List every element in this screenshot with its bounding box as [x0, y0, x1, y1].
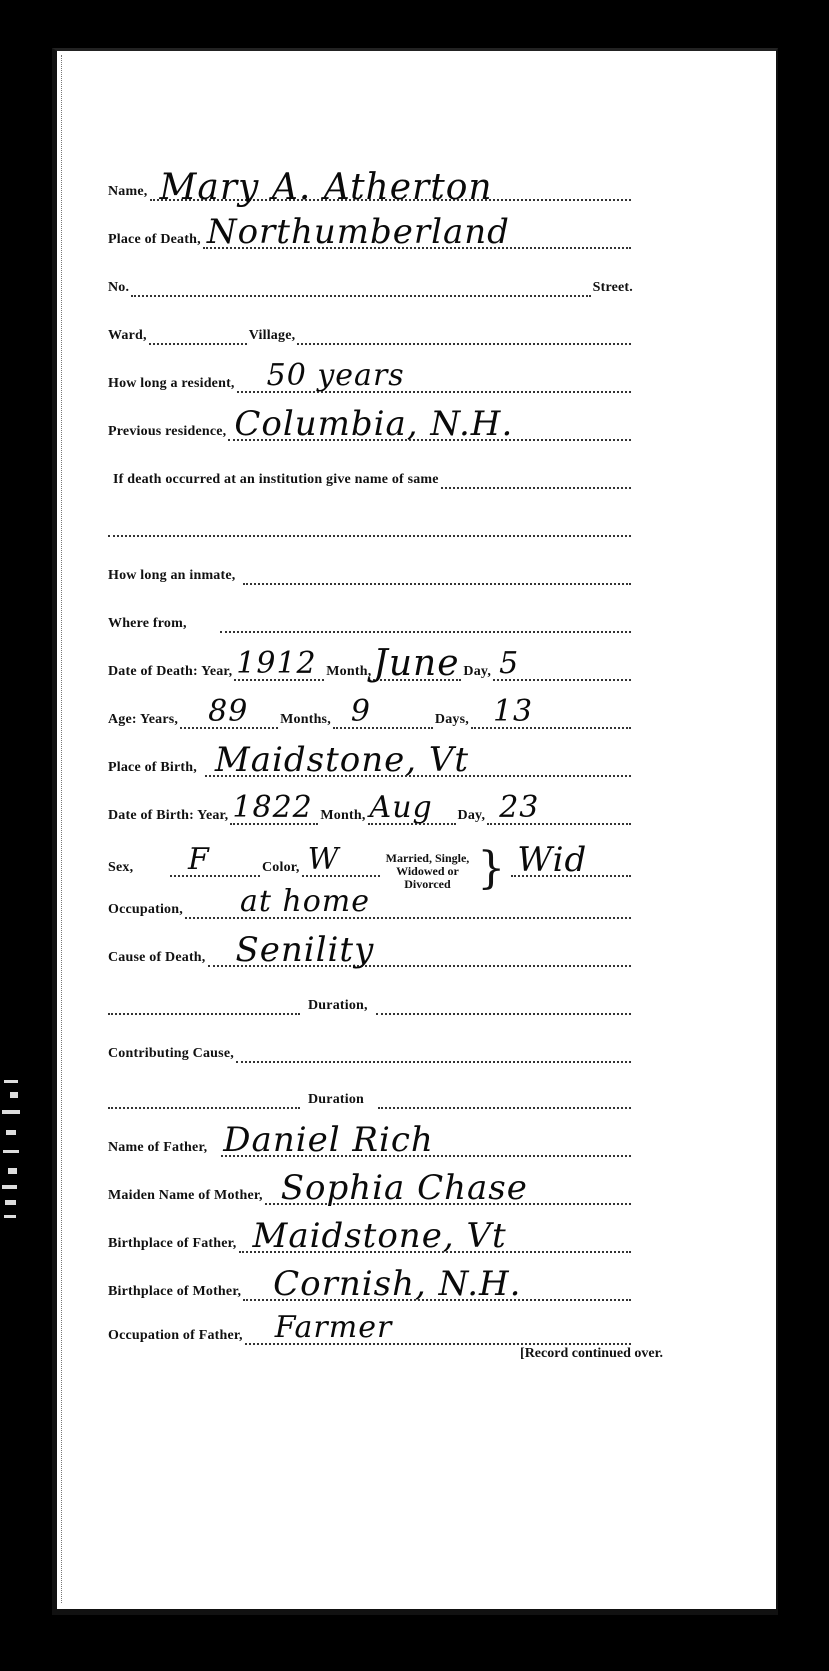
where-from-label: Where from,: [108, 616, 218, 633]
row-previous-residence: Previous residence, Columbia, N.H.: [108, 411, 633, 441]
contributing-cause-label: Contributing Cause,: [108, 1046, 234, 1063]
previous-residence-value: Columbia, N.H.: [234, 407, 513, 441]
row-cause-of-death: Cause of Death, Senility: [108, 937, 633, 967]
age-months-label: Months,: [280, 712, 331, 729]
row-number-street: No. Street.: [108, 267, 633, 297]
place-of-death-label: Place of Death,: [108, 232, 201, 249]
cause-duration-label: Duration,: [308, 998, 368, 1015]
birth-month-value: Aug: [370, 791, 433, 825]
marital-status-value: Wid: [517, 843, 587, 877]
contributing-duration-label: Duration: [308, 1092, 364, 1109]
row-birthplace-of-father: Birthplace of Father, Maidstone, Vt: [108, 1223, 633, 1253]
previous-residence-field: Columbia, N.H.: [228, 409, 631, 441]
row-sex-color-marital: Sex, F Color, W Married, Single, Widowed…: [108, 841, 633, 877]
row-where-from: Where from,: [108, 603, 633, 633]
occupation-of-father-field: Farmer: [245, 1313, 631, 1345]
birth-year-field: 1822: [230, 793, 318, 825]
date-of-death-year-label: Date of Death: Year,: [108, 664, 232, 681]
row-cause-duration: Duration,: [108, 985, 633, 1015]
death-month-field: June: [373, 649, 461, 681]
age-months-field: 9: [333, 697, 433, 729]
maiden-name-of-mother-field: Sophia Chase: [265, 1173, 631, 1205]
marital-status-label: Married, Single, Widowed or Divorced: [386, 852, 470, 891]
cause-of-death-field: Senility: [208, 935, 632, 967]
row-institution-continued: [108, 507, 633, 537]
row-institution: If death occurred at an institution give…: [113, 459, 633, 489]
scan-noise-left: [0, 0, 60, 1671]
death-year-field: 1912: [234, 649, 324, 681]
age-days-label: Days,: [435, 712, 469, 729]
how-long-resident-field: 50 years: [237, 361, 631, 393]
death-month-label: Month,: [326, 664, 371, 681]
age-years-label: Age: Years,: [108, 712, 178, 729]
row-date-of-birth: Date of Birth: Year, 1822 Month, Aug Day…: [108, 795, 633, 825]
death-year-value: 1912: [236, 647, 316, 681]
birth-day-value: 23: [499, 791, 539, 825]
birth-day-field: 23: [487, 793, 631, 825]
color-field: W: [302, 845, 380, 877]
how-long-inmate-field: [243, 553, 631, 585]
maiden-name-of-mother-value: Sophia Chase: [281, 1171, 528, 1205]
number-street-field: [131, 265, 590, 297]
how-long-resident-label: How long a resident,: [108, 376, 235, 393]
place-of-birth-value: Maidstone, Vt: [215, 743, 469, 777]
row-ward-village: Ward, Village,: [108, 315, 633, 345]
occupation-label: Occupation,: [108, 902, 183, 919]
institution-label: If death occurred at an institution give…: [113, 472, 439, 489]
place-of-death-value: Northumberland: [207, 215, 510, 249]
death-day-field: 5: [493, 649, 631, 681]
contributing-duration-field: [378, 1077, 631, 1109]
number-label: No.: [108, 280, 129, 297]
name-label: Name,: [108, 184, 148, 201]
birthplace-of-father-field: Maidstone, Vt: [239, 1221, 632, 1253]
occupation-field: at home: [185, 887, 631, 919]
row-place-of-death: Place of Death, Northumberland: [108, 219, 633, 249]
age-years-field: 89: [180, 697, 278, 729]
village-field: [297, 313, 631, 345]
birthplace-of-father-value: Maidstone, Vt: [253, 1219, 507, 1253]
occupation-of-father-label: Occupation of Father,: [108, 1328, 243, 1345]
name-value: Mary A. Atherton: [160, 171, 493, 205]
ward-field: [149, 313, 247, 345]
institution-field-line-2: [108, 505, 631, 537]
birth-month-field: Aug: [368, 793, 456, 825]
row-maiden-name-of-mother: Maiden Name of Mother, Sophia Chase: [108, 1175, 633, 1205]
row-how-long-inmate: How long an inmate,: [108, 555, 633, 585]
row-name-of-father: Name of Father, Daniel Rich: [108, 1127, 633, 1157]
how-long-inmate-label: How long an inmate,: [108, 568, 235, 585]
contributing-duration-leader: [108, 1077, 300, 1109]
birthplace-of-mother-label: Birthplace of Mother,: [108, 1284, 241, 1301]
death-day-value: 5: [499, 647, 519, 681]
occupation-value: at home: [240, 885, 370, 919]
birthplace-of-mother-value: Cornish, N.H.: [273, 1267, 521, 1301]
previous-residence-label: Previous residence,: [108, 424, 226, 441]
row-name: Name, Mary A. Atherton: [108, 171, 633, 201]
marital-status-field: Wid: [511, 845, 631, 877]
name-of-father-label: Name of Father,: [108, 1140, 207, 1157]
village-label: Village,: [249, 328, 296, 345]
how-long-resident-value: 50 years: [267, 359, 405, 393]
row-contributing-duration: Duration: [108, 1079, 633, 1109]
row-place-of-birth: Place of Birth, Maidstone, Vt: [108, 747, 633, 777]
age-years-value: 89: [208, 695, 248, 729]
occupation-of-father-value: Farmer: [275, 1311, 393, 1345]
place-of-birth-field: Maidstone, Vt: [205, 745, 631, 777]
row-occupation: Occupation, at home: [108, 889, 633, 919]
row-how-long-resident: How long a resident, 50 years: [108, 363, 633, 393]
age-months-value: 9: [351, 695, 371, 729]
row-birthplace-of-mother: Birthplace of Mother, Cornish, N.H.: [108, 1271, 633, 1301]
street-label: Street.: [593, 280, 633, 297]
cause-of-death-label: Cause of Death,: [108, 950, 206, 967]
death-record-card: Name, Mary A. Atherton Place of Death, N…: [52, 48, 778, 1615]
color-label: Color,: [262, 860, 300, 877]
cause-duration-field: [376, 983, 631, 1015]
age-days-field: 13: [471, 697, 631, 729]
row-age: Age: Years, 89 Months, 9 Days, 13: [108, 699, 633, 729]
place-of-death-field: Northumberland: [203, 217, 631, 249]
death-month-value: June: [373, 647, 459, 681]
birth-month-label: Month,: [320, 808, 365, 825]
name-of-father-field: Daniel Rich: [221, 1125, 631, 1157]
name-of-father-value: Daniel Rich: [223, 1123, 434, 1157]
where-from-field: [220, 601, 631, 633]
contributing-cause-field: [236, 1031, 631, 1063]
ward-label: Ward,: [108, 328, 147, 345]
row-date-of-death: Date of Death: Year, 1912 Month, June Da…: [108, 651, 633, 681]
row-occupation-of-father: Occupation of Father, Farmer: [108, 1315, 633, 1345]
institution-field: [441, 457, 631, 489]
brace-symbol: }: [477, 849, 505, 889]
sex-label: Sex,: [108, 860, 168, 877]
age-days-value: 13: [493, 695, 533, 729]
birth-year-value: 1822: [232, 791, 312, 825]
color-value: W: [308, 843, 340, 877]
death-day-label: Day,: [463, 664, 491, 681]
maiden-name-of-mother-label: Maiden Name of Mother,: [108, 1188, 263, 1205]
sex-field: F: [170, 845, 260, 877]
sex-value: F: [188, 843, 210, 877]
record-continued-note: [Record continued over.: [520, 1346, 663, 1362]
birth-day-label: Day,: [458, 808, 486, 825]
name-field: Mary A. Atherton: [150, 169, 632, 201]
cause-duration-leader: [108, 983, 300, 1015]
date-of-birth-year-label: Date of Birth: Year,: [108, 808, 228, 825]
birthplace-of-father-label: Birthplace of Father,: [108, 1236, 237, 1253]
place-of-birth-label: Place of Birth,: [108, 760, 197, 777]
cause-of-death-value: Senility: [236, 933, 375, 967]
row-contributing-cause: Contributing Cause,: [108, 1033, 633, 1063]
birthplace-of-mother-field: Cornish, N.H.: [243, 1269, 631, 1301]
